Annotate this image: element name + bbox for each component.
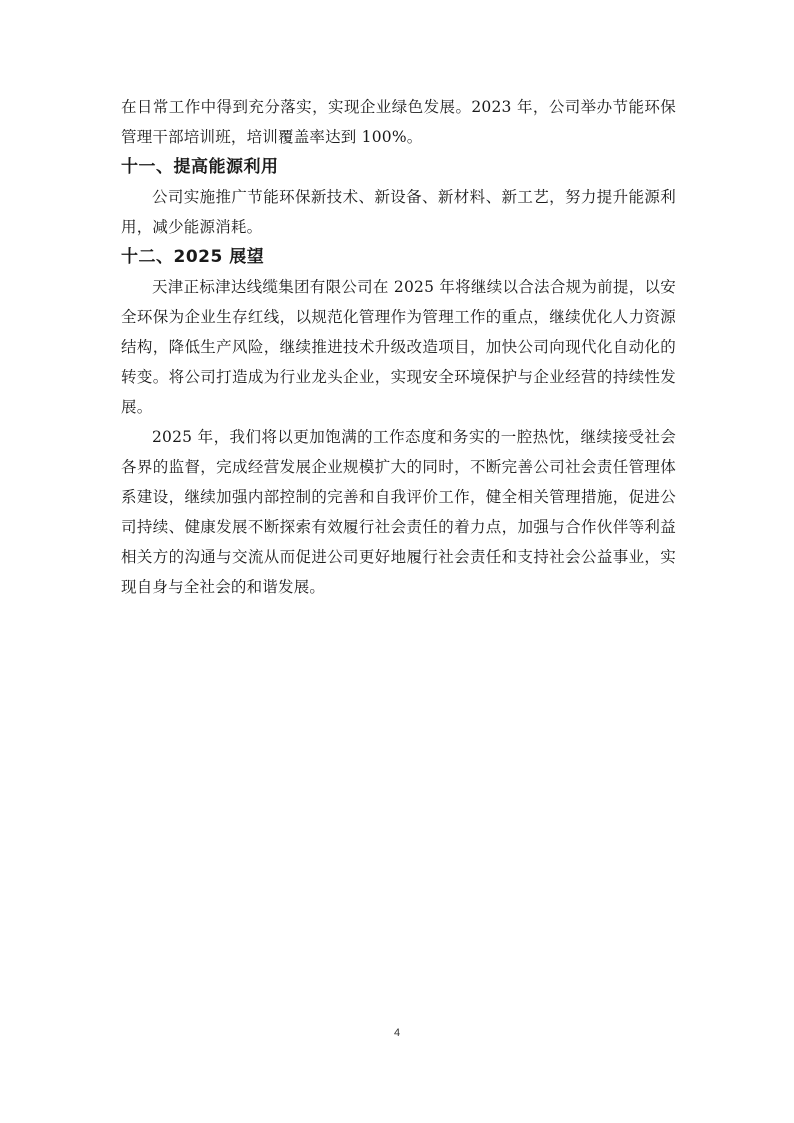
section-12-paragraph-2: 2025 年，我们将以更加饱满的工作态度和务实的一腔热忱，继续接受社会各界的监督…	[121, 422, 676, 602]
page-number: 4	[0, 1027, 794, 1039]
section-heading-12: 十二、2025 展望	[121, 242, 676, 272]
continued-paragraph: 在日常工作中得到充分落实，实现企业绿色发展。2023 年，公司举办节能环保管理干…	[121, 92, 676, 152]
section-heading-11: 十一、提高能源利用	[121, 152, 676, 182]
section-12-paragraph-1: 天津正标津达线缆集团有限公司在 2025 年将继续以合法合规为前提，以安全环保为…	[121, 272, 676, 422]
section-11-paragraph: 公司实施推广节能环保新技术、新设备、新材料、新工艺，努力提升能源利用，减少能源消…	[121, 182, 676, 242]
document-body: 在日常工作中得到充分落实，实现企业绿色发展。2023 年，公司举办节能环保管理干…	[121, 92, 676, 602]
